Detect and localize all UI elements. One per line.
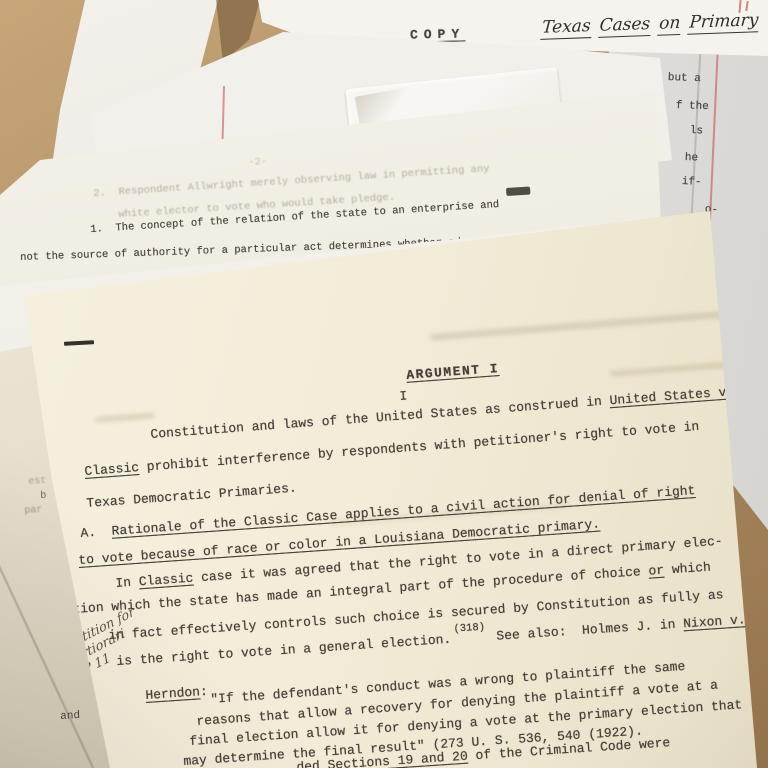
typed-text: Texas Democratic Primaries.: [86, 481, 297, 511]
typed-fragment: f the: [676, 100, 709, 113]
typed-text: In: [115, 574, 139, 591]
typed-text: :: [199, 684, 208, 699]
photo-of-documents: est b par and but a f the ls he if- o- C…: [0, 0, 768, 768]
underlined-text: Classic: [84, 460, 140, 479]
brief-line: Herndon:: [145, 684, 208, 703]
underlined-text: United States v.: [609, 384, 735, 408]
pen-dash-mark: [64, 340, 94, 345]
typed-fragment: b: [40, 491, 47, 502]
underlined-text: Classic: [138, 571, 194, 590]
typed-fragment: est: [28, 476, 47, 488]
typed-fragment: par: [24, 505, 43, 517]
typed-fragment: if-: [682, 176, 702, 189]
typed-fragment: he: [685, 152, 699, 164]
ink-bleed: [430, 308, 760, 341]
argument-heading: ARGUMENT I: [349, 346, 501, 402]
handwritten-word: Primary: [688, 10, 760, 35]
brief-line: Texas Democratic Primaries.: [86, 481, 297, 511]
crossed-out-word: [506, 187, 530, 196]
faint-typed-line: 2. Respondent Allwright merely observing…: [93, 163, 490, 200]
underlined-text: Nixon v.: [683, 612, 746, 631]
handwritten-word: Cases: [598, 14, 652, 38]
typed-fragment: but a: [668, 72, 701, 85]
handwritten-word: on: [657, 13, 682, 36]
superscript-citation: (318): [453, 621, 485, 635]
roman-numeral: I: [399, 388, 408, 404]
argument-heading-text: ARGUMENT I: [406, 361, 500, 383]
typed-fragment: and: [60, 710, 80, 723]
ink-bleed: [95, 412, 155, 423]
typed-text: See also: Holmes J. in: [488, 616, 684, 644]
typed-text: which: [664, 560, 712, 578]
page-number: -2-: [248, 156, 268, 169]
handwritten-title: TexasCasesonPrimary: [540, 10, 760, 40]
typed-fragment: ls: [690, 125, 704, 137]
underlined-text: or: [648, 563, 665, 579]
handwritten-word: Texas: [540, 16, 592, 40]
typed-text: ded: [296, 758, 328, 768]
typed-text: A.: [80, 524, 112, 541]
underlined-text: Herndon: [145, 684, 200, 703]
